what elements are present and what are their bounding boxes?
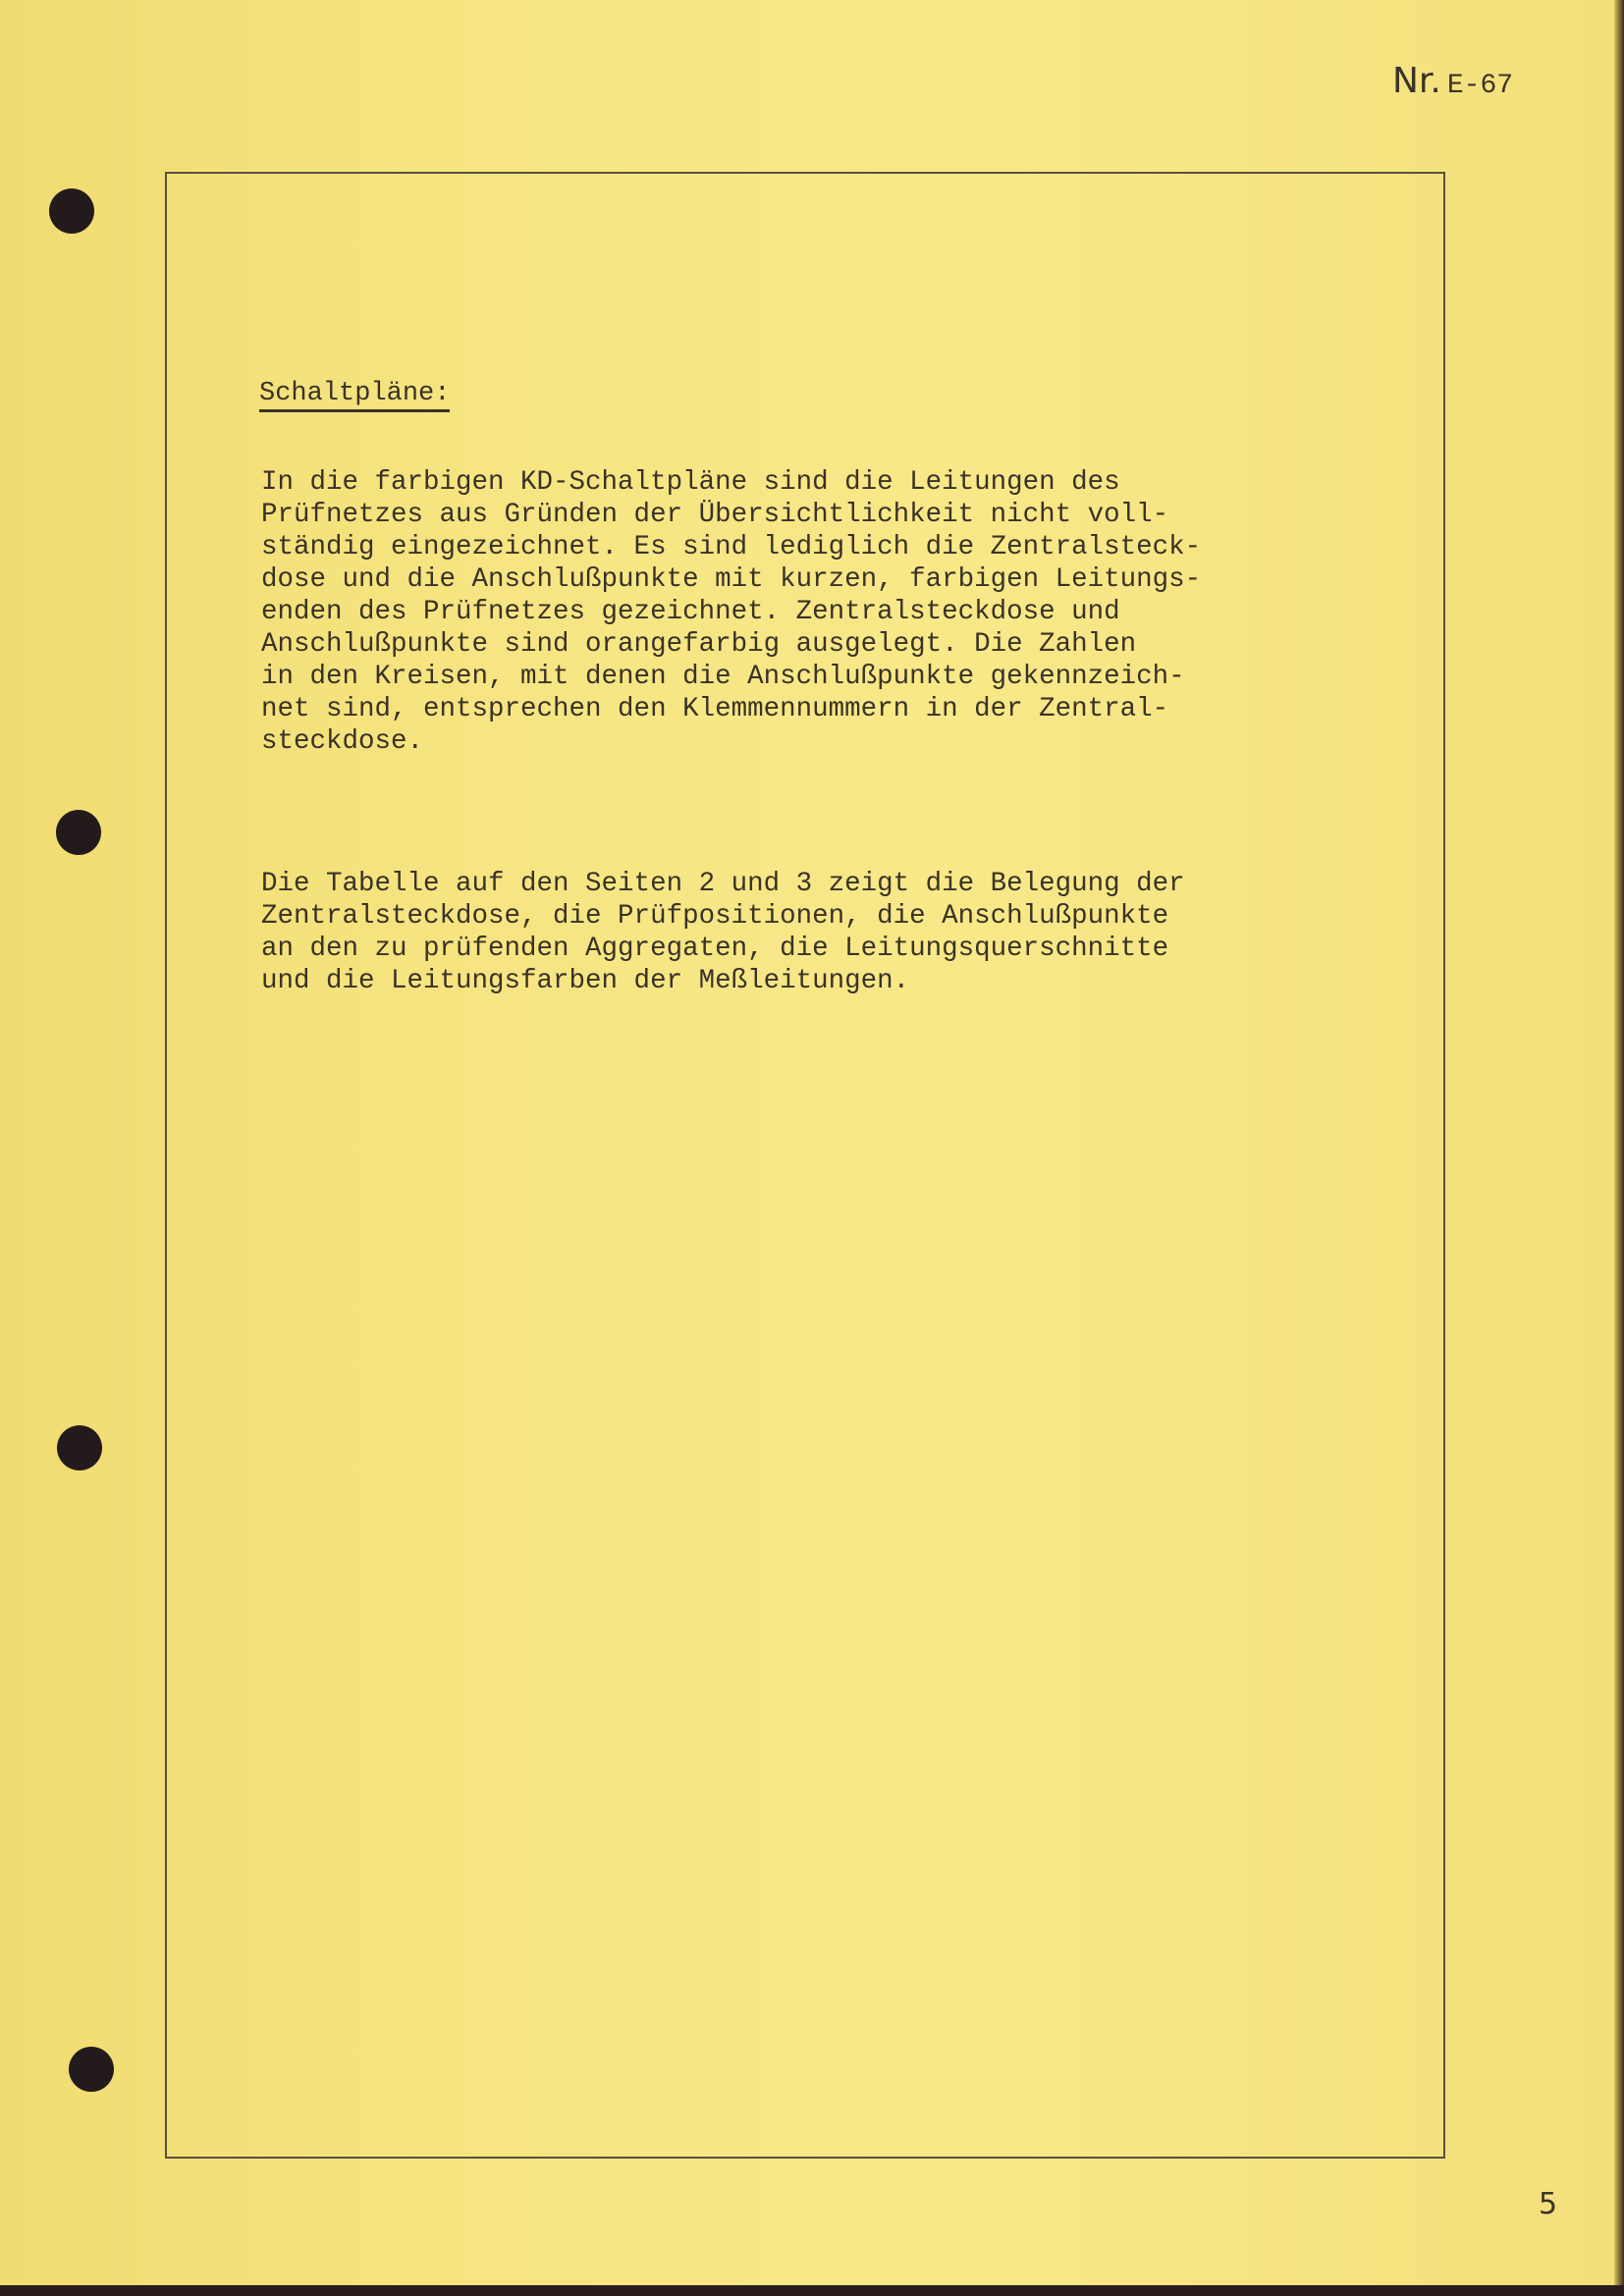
text-line: Die Tabelle auf den Seiten 2 und 3 zeigt…: [261, 868, 1185, 900]
text-line: In die farbigen KD-Schaltpläne sind die …: [261, 466, 1201, 499]
text-line: Anschlußpunkte sind orangefarbig ausgele…: [261, 628, 1201, 661]
text-line: und die Leitungsfarben der Meßleitungen.: [261, 965, 1185, 997]
document-number: Nr.E-67: [1392, 61, 1513, 101]
text-line: steckdose.: [261, 725, 1201, 758]
text-line: an den zu prüfenden Aggregaten, die Leit…: [261, 933, 1185, 965]
page-number: 5: [1539, 2187, 1557, 2221]
document-number-label: Nr.: [1392, 61, 1441, 101]
punch-hole: [49, 188, 94, 234]
page-edge-shadow: [1614, 0, 1624, 2296]
punch-hole: [57, 1425, 102, 1470]
text-line: net sind, entsprechen den Klemmennummern…: [261, 693, 1201, 725]
document-page: Nr.E-67 Schaltpläne: In die farbigen KD-…: [0, 0, 1624, 2285]
text-line: dose und die Anschlußpunkte mit kurzen, …: [261, 563, 1201, 596]
text-line: enden des Prüfnetzes gezeichnet. Zentral…: [261, 596, 1201, 628]
paragraph-schematics: In die farbigen KD-Schaltpläne sind die …: [261, 466, 1201, 758]
punch-hole: [56, 810, 101, 855]
punch-hole: [69, 2047, 114, 2092]
text-line: Zentralsteckdose, die Prüfpositionen, di…: [261, 900, 1185, 933]
text-line: ständig eingezeichnet. Es sind lediglich…: [261, 531, 1201, 563]
paragraph-table-reference: Die Tabelle auf den Seiten 2 und 3 zeigt…: [261, 868, 1185, 997]
document-number-code: E-67: [1447, 71, 1513, 101]
section-heading: Schaltpläne:: [259, 379, 450, 412]
text-line: Prüfnetzes aus Gründen der Übersichtlich…: [261, 499, 1201, 531]
text-line: in den Kreisen, mit denen die Anschlußpu…: [261, 661, 1201, 693]
scan-bottom-border: [0, 2285, 1624, 2296]
